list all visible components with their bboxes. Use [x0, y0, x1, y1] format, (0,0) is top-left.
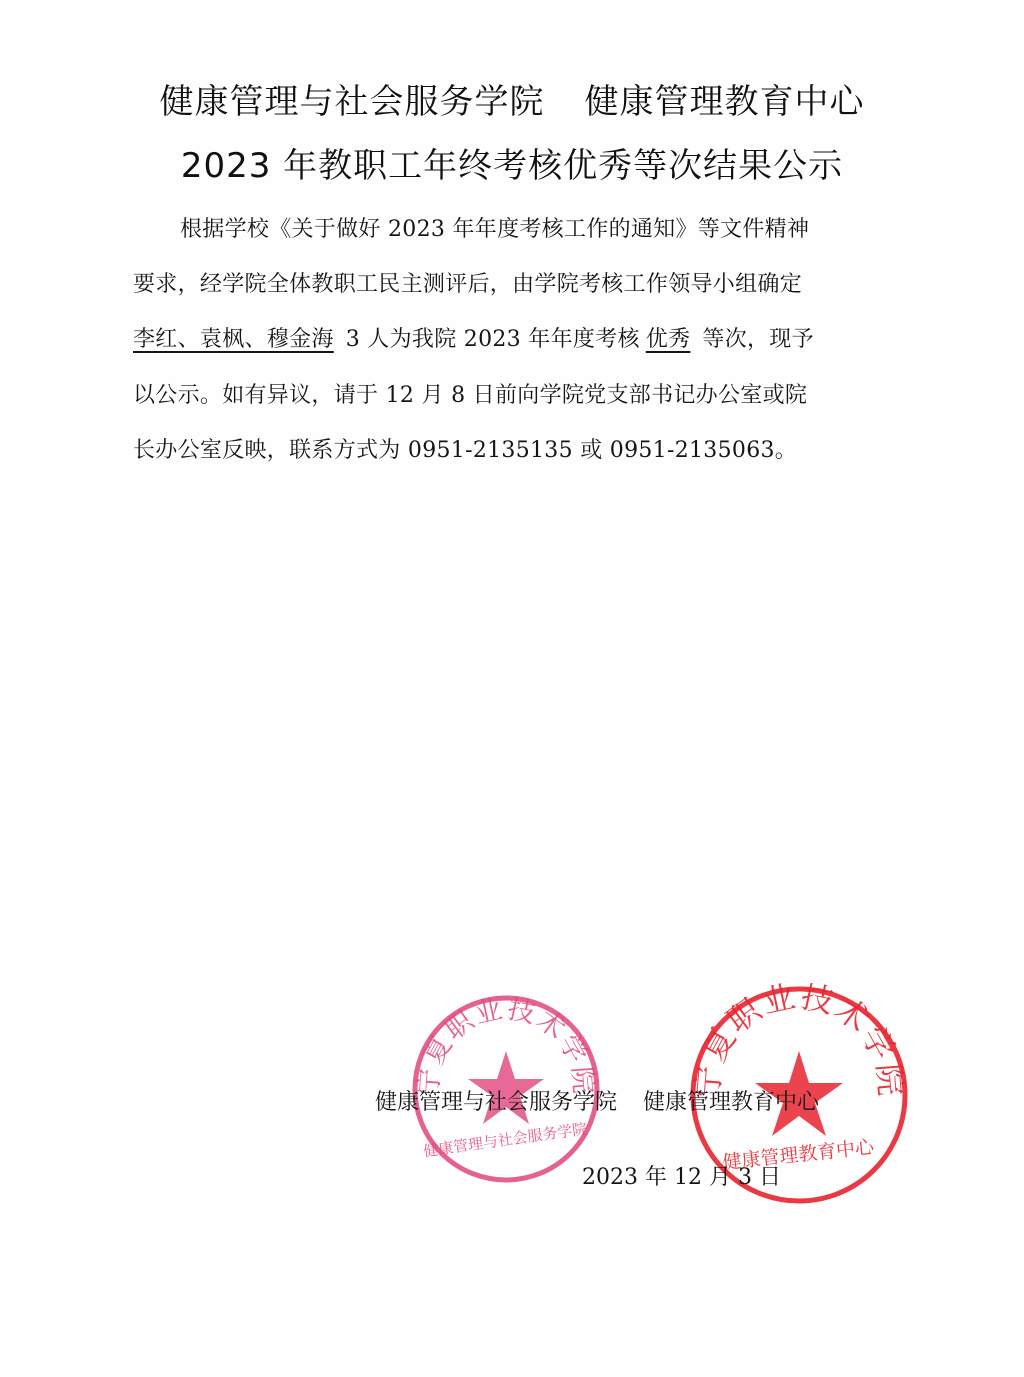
title-org1: 健康管理与社会服务学院 [160, 82, 545, 122]
line3-end: 等次，现予 [702, 327, 814, 352]
svg-text:健康管理与社会服务学院: 健康管理与社会服务学院 [422, 1120, 588, 1161]
document-page: 健康管理与社会服务学院健康管理教育中心 2023 年教职工年终考核优秀等次结果公… [0, 0, 1024, 1377]
body-paragraph-line: 根据学校《关于做好 2023 年年度考核工作的通知》等文件精神 [180, 216, 809, 244]
document-title-line2: 2023 年教职工年终考核优秀等次结果公示 [0, 138, 1024, 187]
award-count-text: 3 人为我院 2023 年年度考核 [346, 327, 640, 352]
body-paragraph-line: 以公示。如有异议，请于 12 月 8 日前向学院党支部书记办公室或院 [133, 382, 807, 410]
body-paragraph-line: 要求，经学院全体教职工民主测评后，由学院考核工作领导小组确定 [133, 271, 802, 299]
awardee-names: 李红、袁枫、穆金海 [133, 327, 346, 352]
signature-block: 健康管理与社会服务学院健康管理教育中心 [375, 1085, 819, 1116]
award-grade: 优秀 [640, 327, 703, 352]
document-date: 2023 年 12 月 3 日 [582, 1160, 781, 1191]
document-title-line1: 健康管理与社会服务学院健康管理教育中心 [0, 74, 1024, 123]
body-paragraph-line: 长办公室反映，联系方式为 0951-2135135 或 0951-2135063… [133, 437, 797, 465]
signature-org1: 健康管理与社会服务学院 [375, 1090, 617, 1115]
title-org2: 健康管理教育中心 [585, 82, 865, 122]
body-paragraph-line: 李红、袁枫、穆金海3 人为我院 2023 年年度考核优秀等次，现予 [133, 326, 814, 354]
signature-org2: 健康管理教育中心 [643, 1090, 819, 1115]
